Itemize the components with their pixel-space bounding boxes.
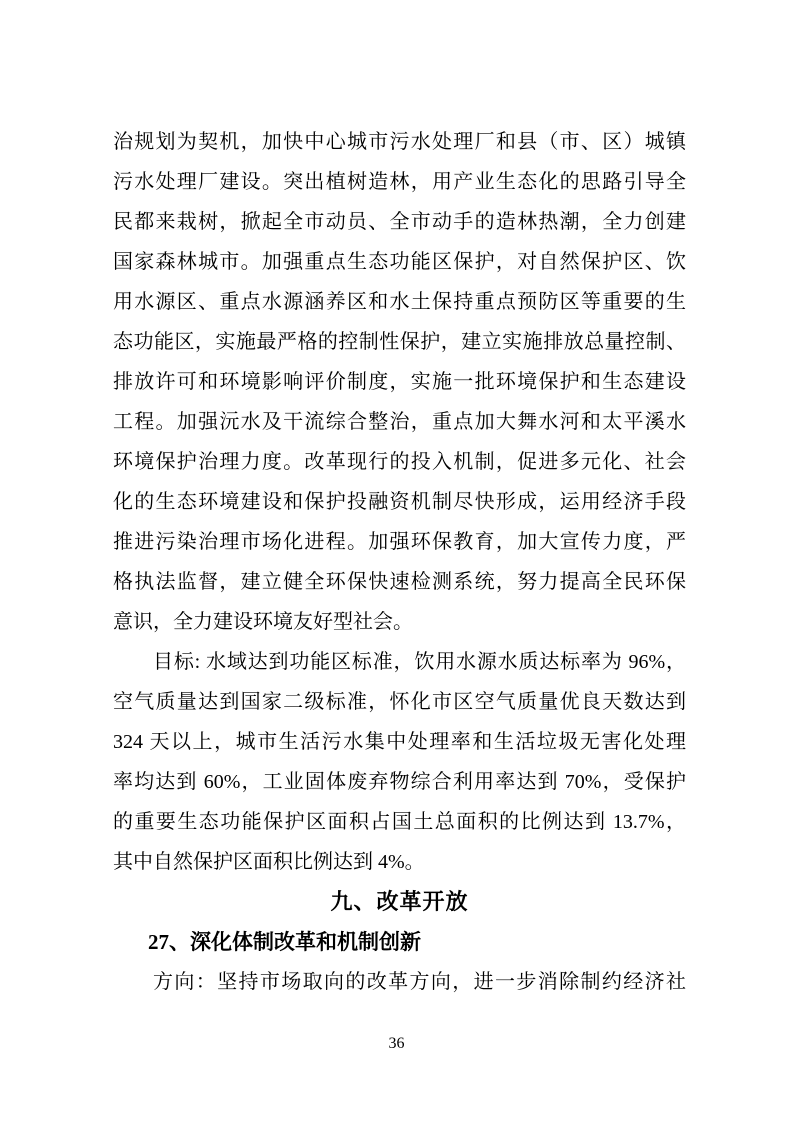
text-line: 率均达到 60%，工业固体废弃物综合利用率达到 70%，受保护 — [113, 762, 686, 802]
text-line: 排放许可和环境影响评价制度，实施一批环境保护和生态建设 — [113, 362, 686, 402]
text-line: 方向：坚持市场取向的改革方向，进一步消除制约经济社 — [113, 962, 686, 1002]
text-line: 化的生态环境建设和保护投融资机制尽快形成，运用经济手段 — [113, 482, 686, 522]
text-line: 推进污染治理市场化进程。加强环保教育，加大宣传力度，严 — [113, 522, 686, 562]
text-line: 324 天以上，城市生活污水集中处理率和生活垃圾无害化处理 — [113, 722, 686, 762]
paragraph-ecology-protection: 治规划为契机，加快中心城市污水处理厂和县（市、区）城镇污水处理厂建设。突出植树造… — [113, 122, 686, 642]
text-line: 目标: 水域达到功能区标准，饮用水源水质达标率为 96%， — [113, 642, 686, 682]
text-line: 空气质量达到国家二级标准，怀化市区空气质量优良天数达到 — [113, 682, 686, 722]
text-line: 工程。加强沅水及干流综合整治，重点加大舞水河和太平溪水 — [113, 402, 686, 442]
text-line: 环境保护治理力度。改革现行的投入机制，促进多元化、社会 — [113, 442, 686, 482]
text-line: 民都来栽树，掀起全市动员、全市动手的造林热潮，全力创建 — [113, 202, 686, 242]
text-line: 治规划为契机，加快中心城市污水处理厂和县（市、区）城镇 — [113, 122, 686, 162]
text-line: 其中自然保护区面积比例达到 4%。 — [113, 842, 686, 882]
text-line: 污水处理厂建设。突出植树造林，用产业生态化的思路引导全 — [113, 162, 686, 202]
paragraph-direction: 方向：坚持市场取向的改革方向，进一步消除制约经济社 — [113, 962, 686, 1002]
text-line: 态功能区，实施最严格的控制性保护，建立实施排放总量控制、 — [113, 322, 686, 362]
content-column: 治规划为契机，加快中心城市污水处理厂和县（市、区）城镇污水处理厂建设。突出植树造… — [113, 122, 686, 1002]
page-number: 36 — [0, 1034, 793, 1054]
text-line: 国家森林城市。加强重点生态功能区保护，对自然保护区、饮 — [113, 242, 686, 282]
document-page: 治规划为契机，加快中心城市污水处理厂和县（市、区）城镇污水处理厂建设。突出植树造… — [0, 0, 793, 1122]
text-line: 格执法监督，建立健全环保快速检测系统，努力提高全民环保 — [113, 562, 686, 602]
text-line: 意识，全力建设环境友好型社会。 — [113, 602, 686, 642]
text-line: 用水源区、重点水源涵养区和水土保持重点预防区等重要的生 — [113, 282, 686, 322]
sub-heading-item-27: 27、深化体制改革和机制创新 — [113, 922, 686, 962]
section-heading-reform-opening: 九、改革开放 — [113, 882, 686, 922]
paragraph-goals: 目标: 水域达到功能区标准，饮用水源水质达标率为 96%，空气质量达到国家二级标… — [113, 642, 686, 882]
text-line: 的重要生态功能保护区面积占国土总面积的比例达到 13.7%， — [113, 802, 686, 842]
